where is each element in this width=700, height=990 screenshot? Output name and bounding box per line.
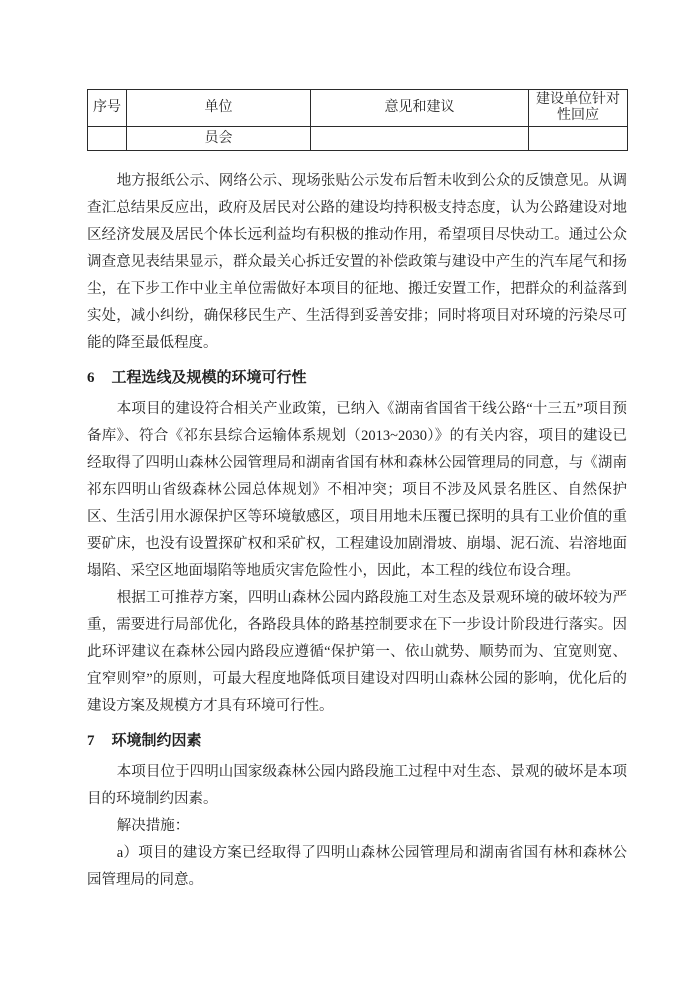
column-header-unit: 单位 xyxy=(127,90,311,127)
cell-index xyxy=(88,127,127,151)
section-6-paragraph-2: 根据工可推荐方案，四明山森林公园内路段施工对生态及景观环境的破坏较为严重，需要进… xyxy=(87,585,627,720)
section-6-title: 工程选线及规模的环境可行性 xyxy=(112,370,307,386)
table-row: 员会 xyxy=(88,127,628,151)
section-7-heading: 7环境制约因素 xyxy=(87,730,627,752)
section-7-paragraph-2: 解决措施： xyxy=(87,813,627,840)
document-content: 序号 单位 意见和建议 建设单位针对性回应 员会 地方报纸公示、网络公示、现场张… xyxy=(87,89,627,894)
column-header-index: 序号 xyxy=(88,90,127,127)
cell-unit: 员会 xyxy=(127,127,311,151)
section-7-number: 7 xyxy=(87,730,95,752)
cell-response xyxy=(529,127,628,151)
public-feedback-table: 序号 单位 意见和建议 建设单位针对性回应 员会 xyxy=(87,89,628,151)
section-7-title: 环境制约因素 xyxy=(112,733,202,749)
section-7-paragraph-3: a）项目的建设方案已经取得了四明山森林公园管理局和湖南省国有林和森林公园管理局的… xyxy=(87,840,627,894)
column-header-opinions: 意见和建议 xyxy=(311,90,529,127)
document-body: 地方报纸公示、网络公示、现场张贴公示发布后暂未收到公众的反馈意见。从调查汇总结果… xyxy=(87,168,627,894)
table-header-row: 序号 单位 意见和建议 建设单位针对性回应 xyxy=(88,90,628,127)
section-7-paragraph-1: 本项目位于四明山国家级森林公园内路段施工过程中对生态、景观的破坏是本项目的环境制… xyxy=(87,759,627,813)
section-6-paragraph-1: 本项目的建设符合相关产业政策，已纳入《湖南省国省干线公路“十三五”项目预备库》、… xyxy=(87,396,627,585)
cell-opinions xyxy=(311,127,529,151)
section-6-heading: 6工程选线及规模的环境可行性 xyxy=(87,367,627,389)
section-6-number: 6 xyxy=(87,367,95,389)
document-page: 序号 单位 意见和建议 建设单位针对性回应 员会 地方报纸公示、网络公示、现场张… xyxy=(0,0,700,990)
column-header-response: 建设单位针对性回应 xyxy=(529,90,628,127)
intro-paragraph: 地方报纸公示、网络公示、现场张贴公示发布后暂未收到公众的反馈意见。从调查汇总结果… xyxy=(87,168,627,357)
